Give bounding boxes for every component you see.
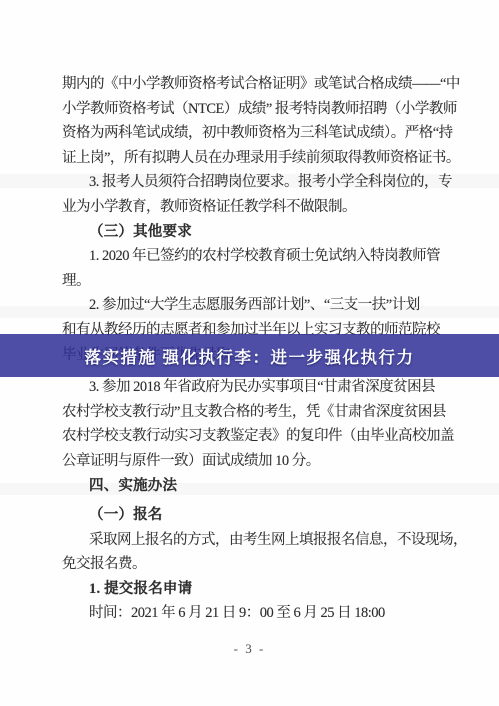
page-number: - 3 - xyxy=(0,641,499,657)
text-line: （一）报名 xyxy=(62,503,448,528)
overlay-banner: 落实措施 强化执行李：进一步强化执行力 xyxy=(0,334,499,377)
text-line: 3. 报考人员须符合招聘岗位要求。报考小学全科岗位的，专 xyxy=(62,170,448,195)
document-page: 期内的《中小学教师资格考试合格证明》或笔试合格成绩——“中小学教师资格考试（NT… xyxy=(0,0,499,706)
text-line: 理。 xyxy=(62,269,448,294)
text-line: 农村学校支教行动实习支教鉴定表》的复印件（由毕业高校加盖 xyxy=(62,424,448,449)
text-line: 四、实施办法 xyxy=(62,474,448,499)
text-line: 公章证明与原件一致）面试成绩加 10 分。 xyxy=(62,449,448,474)
text-line: 2. 参加过“大学生志愿服务西部计划”、“三支一扶”计划 xyxy=(62,293,448,318)
text-line: （三）其他要求 xyxy=(62,220,448,245)
text-line: 证上岗”，所有拟聘人员在办理录用手续前须取得教师资格证书。 xyxy=(62,146,448,171)
overlay-banner-title: 落实措施 强化执行李：进一步强化执行力 xyxy=(84,344,414,368)
text-line: 1. 2020 年已签约的农村学校教育硕士免试纳入特岗教师管 xyxy=(62,244,448,269)
text-line: 3. 参加 2018 年省政府为民办实事项目“甘肃省深度贫困县 xyxy=(62,375,448,400)
text-line: 时间：2021 年 6 月 21 日 9：00 至 6 月 25 日 18:00 xyxy=(62,601,448,626)
text-line: 资格为两科笔试成绩，初中教师资格为三科笔试成绩）。严格“持 xyxy=(62,121,448,146)
text-line: 采取网上报名的方式，由考生网上填报报名信息，不设现场， xyxy=(62,528,448,553)
text-line: 期内的《中小学教师资格考试合格证明》或笔试合格成绩——“中 xyxy=(62,72,448,97)
text-line: 1. 提交报名申请 xyxy=(62,577,448,602)
text-line: 免交报名费。 xyxy=(62,552,448,577)
text-line: 农村学校支教行动”且支教合格的考生，凭《甘肃省深度贫困县 xyxy=(62,400,448,425)
text-line: 小学教师资格考试（NTCE）成绩” 报考特岗教师招聘（小学教师 xyxy=(62,97,448,122)
text-line: 业为小学教育，教师资格证任教学科不做限制。 xyxy=(62,195,448,220)
